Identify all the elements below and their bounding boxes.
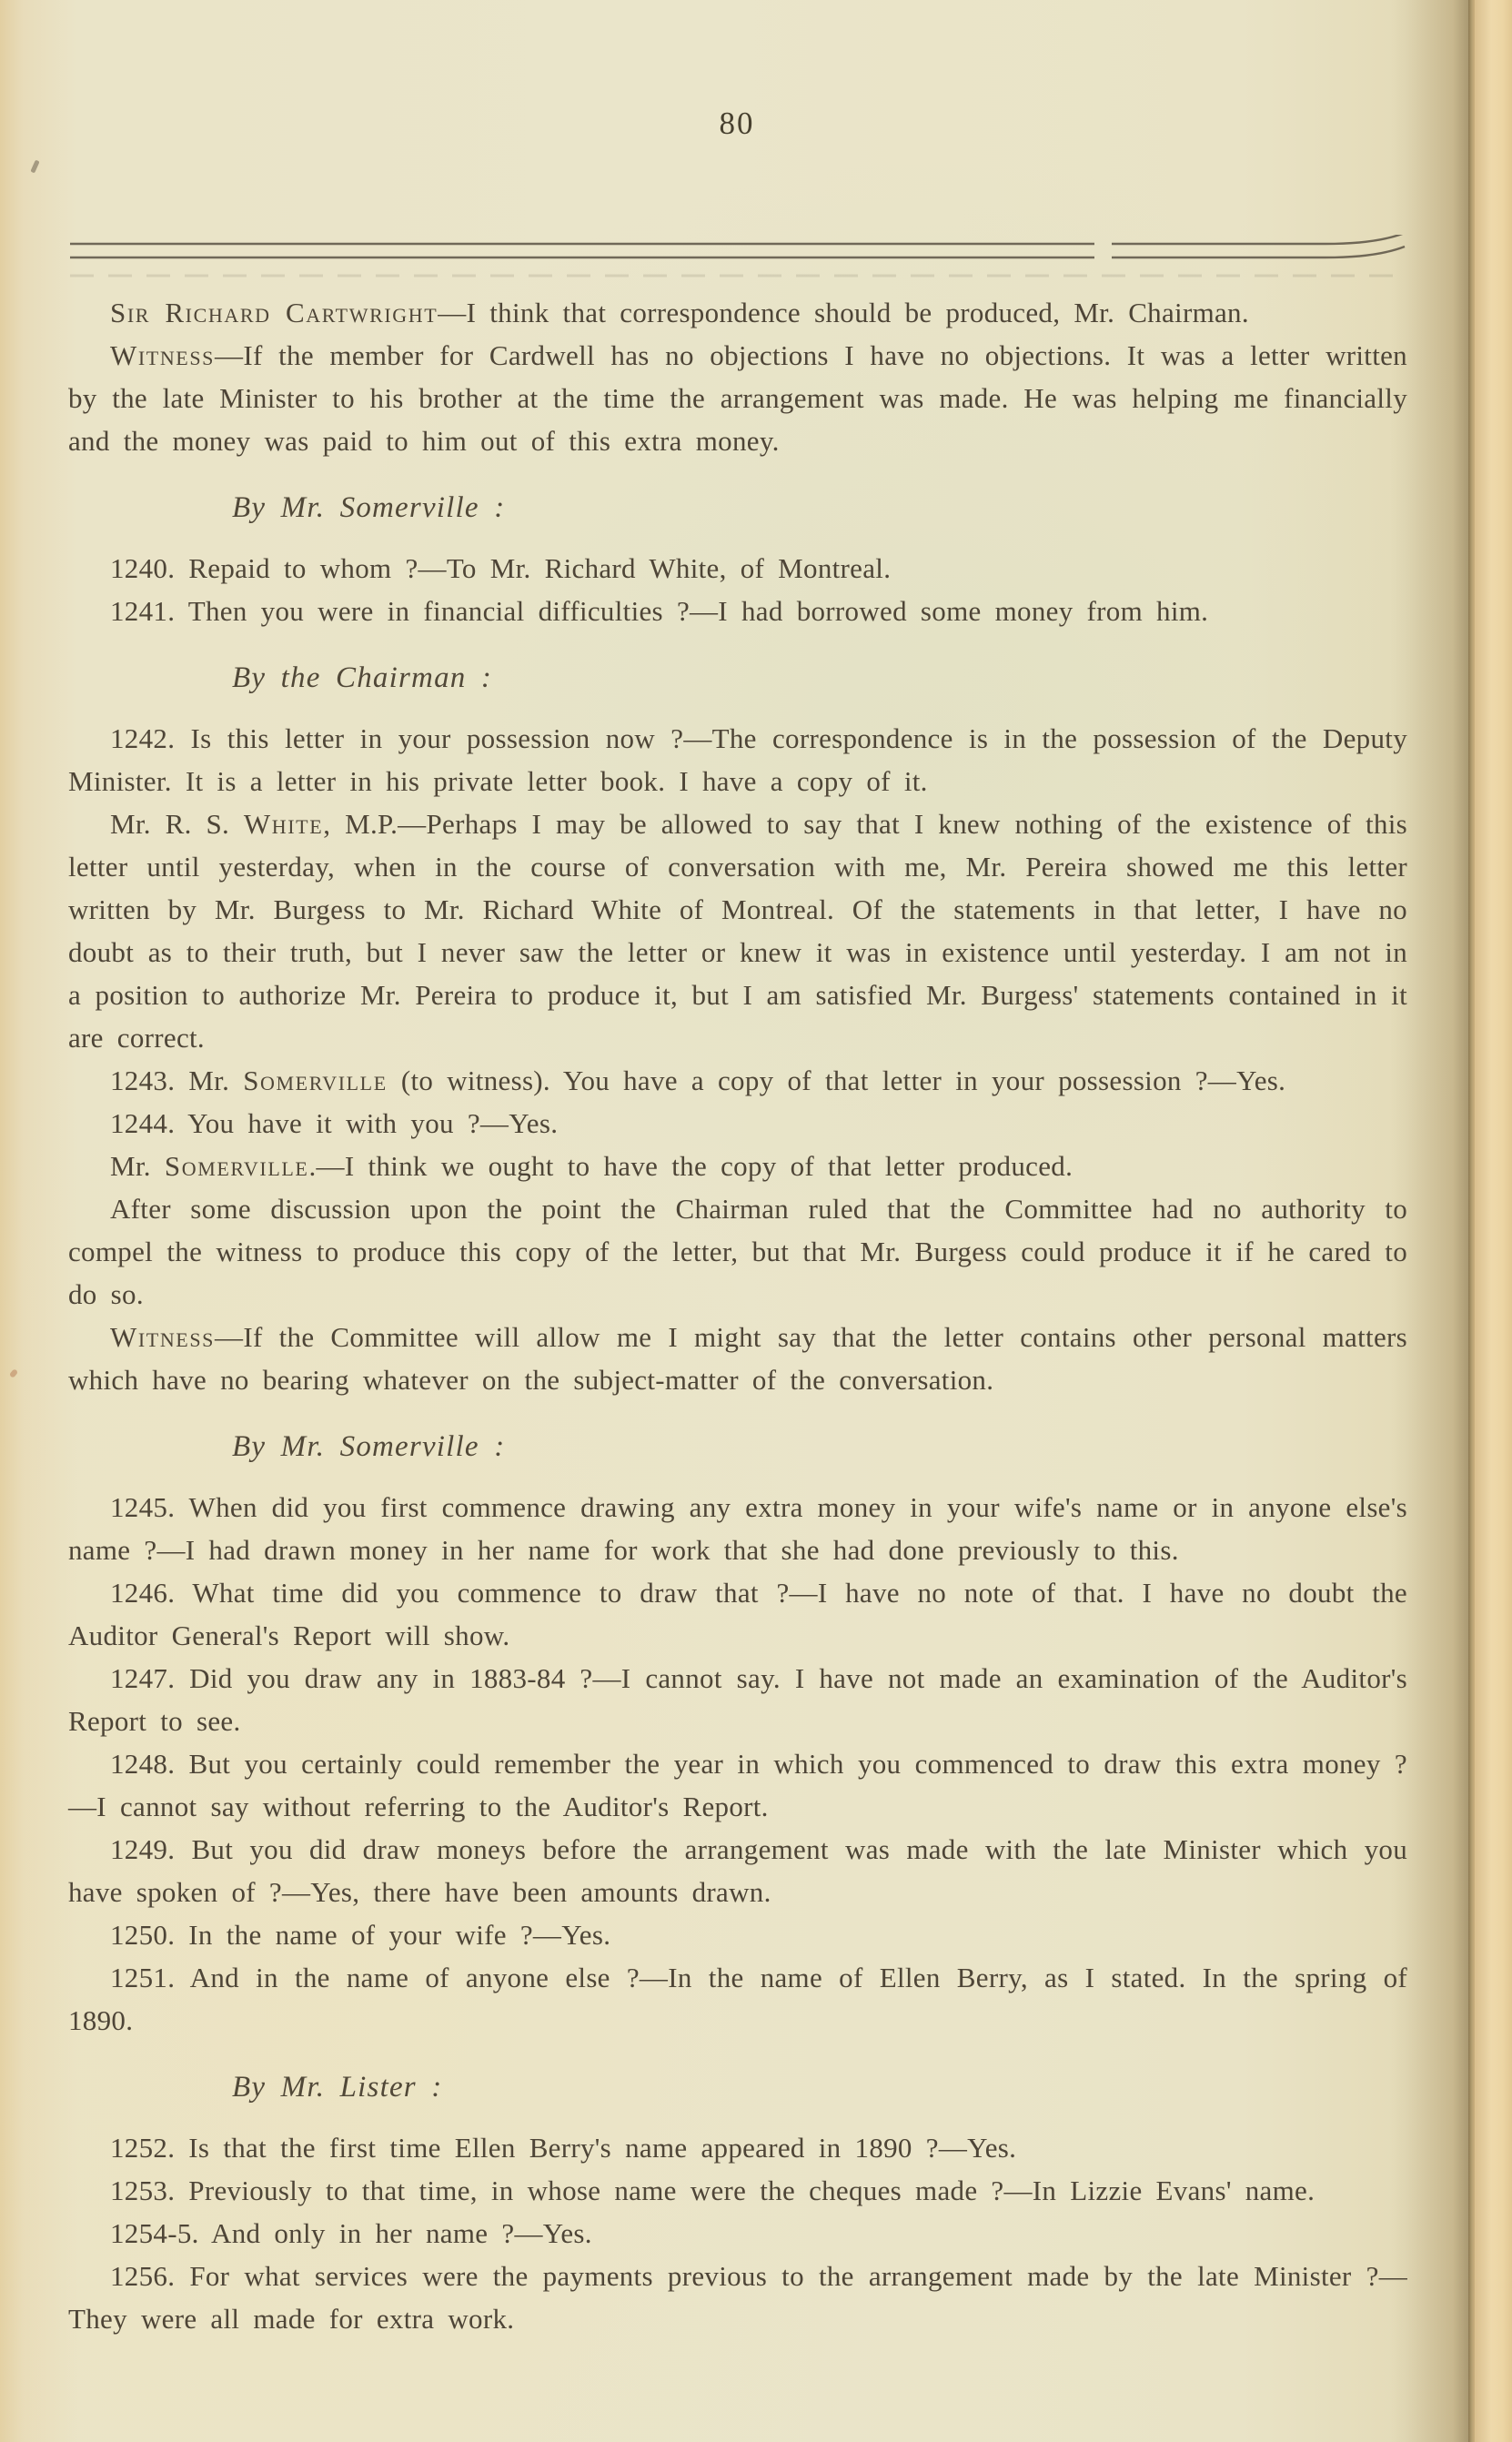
page-number: 80 bbox=[68, 106, 1406, 142]
section-heading: By Mr. Somerville : bbox=[232, 1426, 1407, 1468]
ink-speck bbox=[9, 1368, 18, 1378]
paragraph: After some discussion upon the point the… bbox=[68, 1187, 1407, 1316]
page-edge-line bbox=[1468, 0, 1475, 2442]
paragraph: 1243. Mr. Somerville (to witness). You h… bbox=[68, 1059, 1407, 1102]
paragraph: 1241. Then you were in financial difficu… bbox=[68, 590, 1407, 632]
paragraph: 1244. You have it with you ?—Yes. bbox=[68, 1102, 1407, 1145]
paragraph: 1249. But you did draw moneys before the… bbox=[68, 1828, 1407, 1913]
speaker-name: White bbox=[244, 808, 323, 840]
paragraph: 1248. But you certainly could remember t… bbox=[68, 1742, 1407, 1828]
paragraph: Sir Richard Cartwright—I think that corr… bbox=[68, 291, 1407, 334]
paragraph: 1242. Is this letter in your possession … bbox=[68, 717, 1407, 802]
paragraph: 1247. Did you draw any in 1883-84 ?—I ca… bbox=[68, 1657, 1407, 1742]
paragraph: 1252. Is that the first time Ellen Berry… bbox=[68, 2126, 1407, 2169]
text-body: Sir Richard Cartwright—I think that corr… bbox=[68, 291, 1407, 2340]
next-page-edge bbox=[1475, 0, 1512, 2442]
paragraph: 1256. For what services were the payment… bbox=[68, 2255, 1407, 2340]
paragraph: Mr. R. S. White, M.P.—Perhaps I may be a… bbox=[68, 802, 1407, 1059]
speaker-name: Sir Richard Cartwright bbox=[110, 297, 438, 328]
paragraph: 1245. When did you first commence drawin… bbox=[68, 1486, 1407, 1571]
paragraph: 1240. Repaid to whom ?—To Mr. Richard Wh… bbox=[68, 547, 1407, 590]
section-heading: By Mr. Lister : bbox=[232, 2066, 1407, 2109]
scanned-page: 80 Sir Richard Cartwright—I think that c… bbox=[0, 0, 1512, 2442]
paragraph: 1253. Previously to that time, in whose … bbox=[68, 2169, 1407, 2212]
paragraph: Witness—If the member for Cardwell has n… bbox=[68, 334, 1407, 462]
section-heading: By Mr. Somerville : bbox=[232, 487, 1407, 530]
paragraph: 1250. In the name of your wife ?—Yes. bbox=[68, 1913, 1407, 1956]
paragraph: Mr. Somerville.—I think we ought to have… bbox=[68, 1145, 1407, 1187]
speaker-name: Witness bbox=[110, 339, 215, 371]
page-edge-shadow bbox=[1390, 0, 1468, 2442]
section-heading: By the Chairman : bbox=[232, 657, 1407, 700]
ink-speck bbox=[30, 160, 39, 174]
paragraph: Witness—If the Committee will allow me I… bbox=[68, 1316, 1407, 1401]
speaker-name: Somerville bbox=[165, 1150, 309, 1182]
speaker-name: Somerville bbox=[243, 1065, 388, 1096]
paragraph: 1254-5. And only in her name ?—Yes. bbox=[68, 2212, 1407, 2255]
paragraph: 1246. What time did you commence to draw… bbox=[68, 1571, 1407, 1657]
double-rule bbox=[68, 235, 1406, 282]
speaker-name: Witness bbox=[110, 1321, 215, 1353]
paragraph: 1251. And in the name of anyone else ?—I… bbox=[68, 1956, 1407, 2042]
